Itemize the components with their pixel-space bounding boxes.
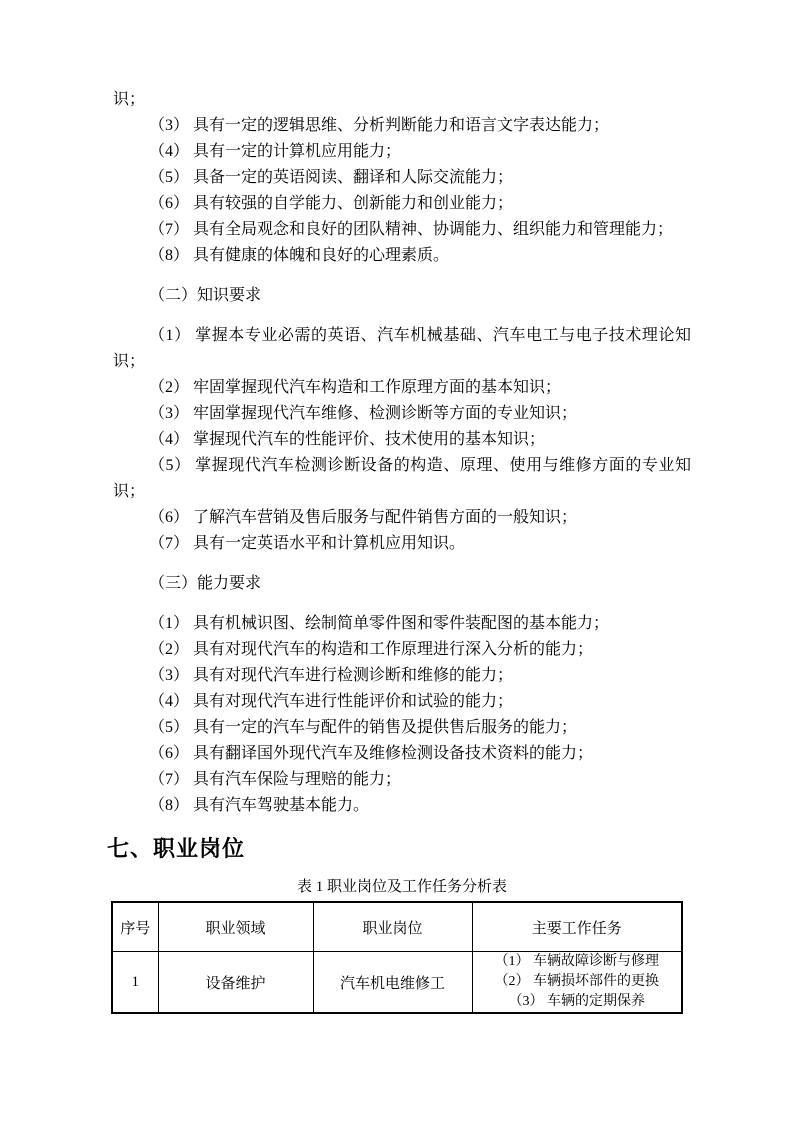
ability-item-2: （2） 具有对现代汽车的构造和工作原理进行深入分析的能力； xyxy=(113,637,691,663)
knowledge-item-3: （3） 牢固掌握现代汽车维修、检测诊断等方面的专业知识； xyxy=(113,401,691,427)
ability-item-7: （7） 具有汽车保险与理赔的能力； xyxy=(113,767,691,793)
knowledge-section-heading: （二）知识要求 xyxy=(113,283,691,309)
table-caption: 表 1 职业岗位及工作任务分析表 xyxy=(113,877,691,897)
header-cell-no: 序号 xyxy=(112,902,158,952)
cell-post: 汽车机电维修工 xyxy=(313,952,472,1014)
cell-tasks: （1） 车辆故障诊断与修理 （2） 车辆损坏部件的更换 （3） 车辆的定期保养 xyxy=(472,952,682,1014)
header-cell-tasks: 主要工作任务 xyxy=(472,902,682,952)
quality-item-8: （8） 具有健康的体魄和良好的心理素质。 xyxy=(113,243,691,269)
ability-item-6: （6） 具有翻译国外现代汽车及维修检测设备技术资料的能力； xyxy=(113,741,691,767)
knowledge-item-5: （5） 掌握现代汽车检测诊断设备的构造、原理、使用与维修方面的专业知识； xyxy=(113,453,691,505)
ability-item-3: （3） 具有对现代汽车进行检测诊断和维修的能力； xyxy=(113,663,691,689)
header-cell-post: 职业岗位 xyxy=(313,902,472,952)
quality-item-6: （6） 具有较强的自学能力、创新能力和创业能力； xyxy=(113,191,691,217)
ability-item-1: （1） 具有机械识图、绘制简单零件图和零件装配图的基本能力； xyxy=(113,611,691,637)
quality-item-4: （4） 具有一定的计算机应用能力； xyxy=(113,139,691,165)
document-page: 识； （3） 具有一定的逻辑思维、分析判断能力和语言文字表达能力； （4） 具有… xyxy=(0,0,793,1122)
header-cell-field: 职业领域 xyxy=(158,902,313,952)
carryover-line: 识； xyxy=(113,87,691,113)
task-line-2: （2） 车辆损坏部件的更换 xyxy=(473,972,682,992)
knowledge-item-6: （6） 了解汽车营销及售后服务与配件销售方面的一般知识； xyxy=(113,505,691,531)
chapter-heading: 七、职业岗位 xyxy=(107,833,691,865)
ability-section-heading: （三）能力要求 xyxy=(113,571,691,597)
task-line-3: （3） 车辆的定期保养 xyxy=(473,992,682,1012)
quality-item-3: （3） 具有一定的逻辑思维、分析判断能力和语言文字表达能力； xyxy=(113,113,691,139)
jobs-table: 序号 职业领域 职业岗位 主要工作任务 1 设备维护 汽车机电维修工 （1） 车… xyxy=(111,901,683,1014)
ability-item-4: （4） 具有对现代汽车进行性能评价和试验的能力； xyxy=(113,689,691,715)
document-body: 识； （3） 具有一定的逻辑思维、分析判断能力和语言文字表达能力； （4） 具有… xyxy=(113,87,691,1014)
quality-item-7: （7） 具有全局观念和良好的团队精神、协调能力、组织能力和管理能力； xyxy=(113,217,691,243)
table-header-row: 序号 职业领域 职业岗位 主要工作任务 xyxy=(112,902,682,952)
knowledge-item-2: （2） 牢固掌握现代汽车构造和工作原理方面的基本知识； xyxy=(113,375,691,401)
task-line-1: （1） 车辆故障诊断与修理 xyxy=(473,952,682,972)
quality-item-5: （5） 具备一定的英语阅读、翻译和人际交流能力； xyxy=(113,165,691,191)
knowledge-item-7: （7） 具有一定英语水平和计算机应用知识。 xyxy=(113,531,691,557)
knowledge-item-4: （4） 掌握现代汽车的性能评价、技术使用的基本知识； xyxy=(113,427,691,453)
ability-item-8: （8） 具有汽车驾驶基本能力。 xyxy=(113,793,691,819)
knowledge-item-1: （1） 掌握本专业必需的英语、汽车机械基础、汽车电工与电子技术理论知识； xyxy=(113,323,691,375)
ability-item-5: （5） 具有一定的汽车与配件的销售及提供售后服务的能力； xyxy=(113,715,691,741)
cell-no: 1 xyxy=(112,952,158,1014)
table-row: 1 设备维护 汽车机电维修工 （1） 车辆故障诊断与修理 （2） 车辆损坏部件的… xyxy=(112,952,682,1014)
cell-field: 设备维护 xyxy=(158,952,313,1014)
